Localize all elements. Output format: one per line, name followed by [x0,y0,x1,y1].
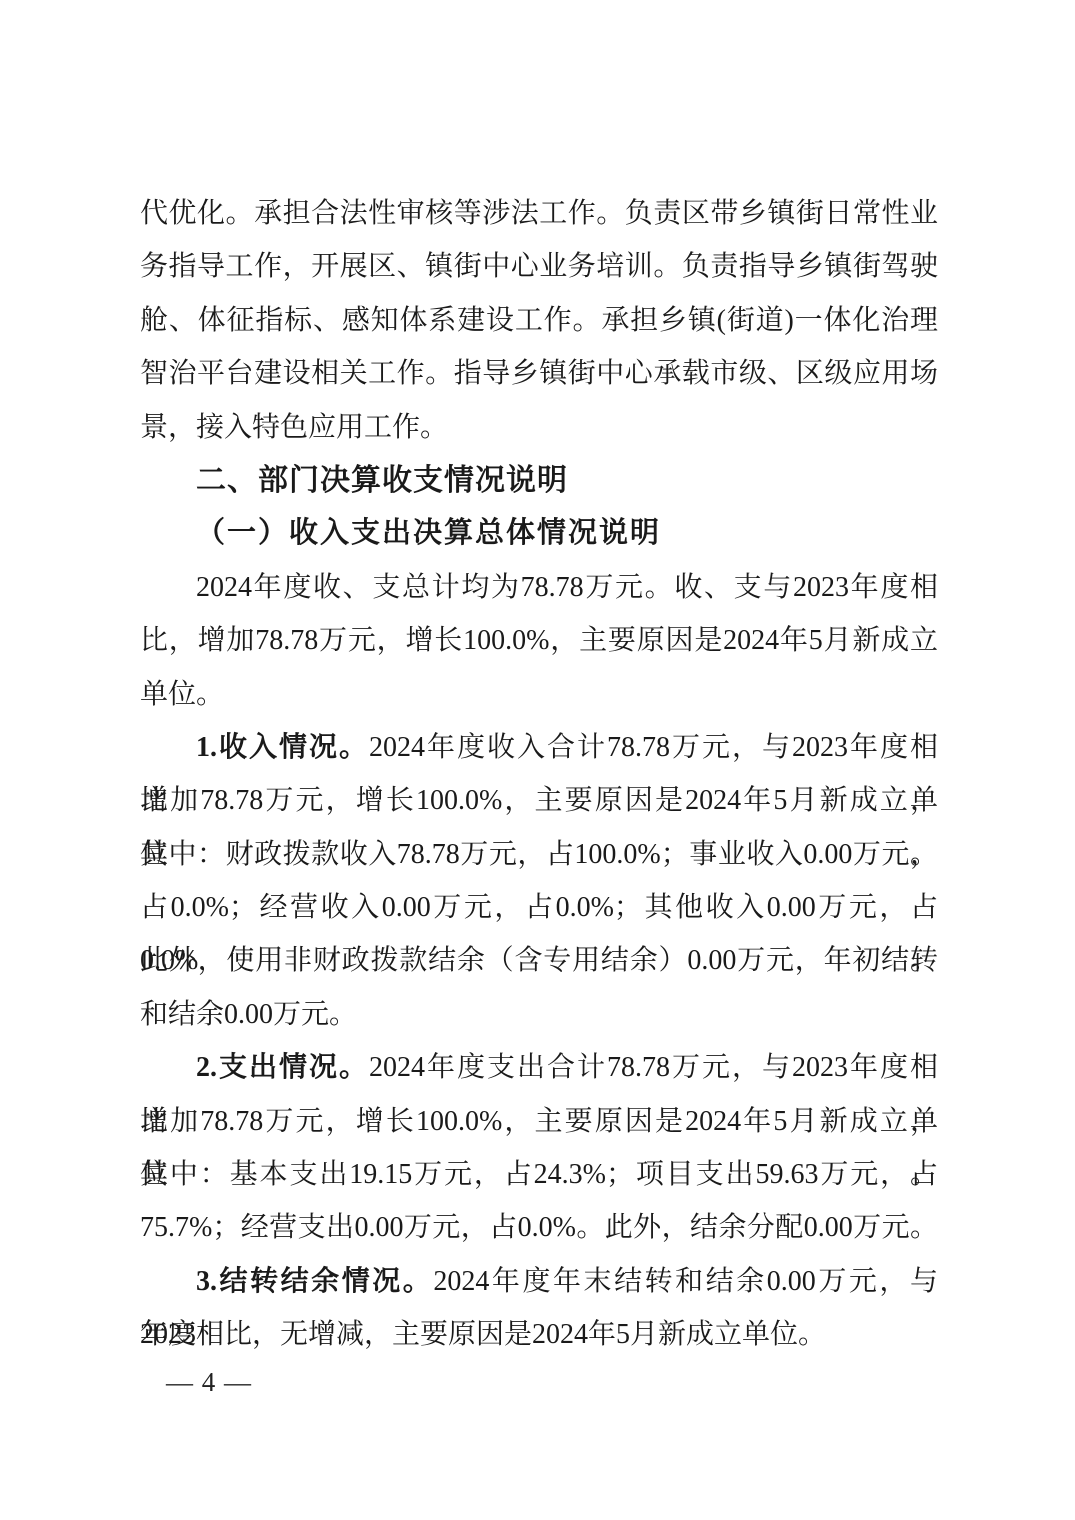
income-paragraph-line: 1.收入情况。2024年度收入合计78.78万元，与2023年度相比， [140,721,938,774]
continuation-paragraph-line: 舱、体征指标、感知体系建设工作。承担乡镇(街道)一体化治理 [140,294,938,347]
body-text: 和结余0.00万元。 [140,999,357,1030]
body-text: 75.7%；经营支出0.00万元，占0.0%。此外，结余分配0.00万元。 [140,1212,938,1243]
document-page: 代优化。承担合法性审核等涉法工作。负责区带乡镇街日常性业务指导工作，开展区、镇街… [0,0,1075,1520]
body-text: 比，增加78.78万元，增长100.0%，主要原因是2024年5月新成立 [140,625,938,656]
body-text: 其中：财政拨款收入78.78万元，占100.0%；事业收入0.00万元， [140,839,938,870]
continuation-paragraph-line: 务指导工作，开展区、镇街中心业务培训。负责指导乡镇街驾驶 [140,240,938,293]
expenditure-paragraph-line: 75.7%；经营支出0.00万元，占0.0%。此外，结余分配0.00万元。 [140,1201,938,1254]
income-paragraph-line: 此外，使用非财政拨款结余（含专用结余）0.00万元，年初结转 [140,934,938,987]
sub-heading-line: （一）收入支出决算总体情况说明 [140,507,938,560]
body-text: 景，接入特色应用工作。 [140,412,448,443]
expenditure-paragraph-line: 2.支出情况。2024年度支出合计78.78万元，与2023年度相比， [140,1041,938,1094]
expenditure-paragraph-line: 增加78.78万元，增长100.0%，主要原因是2024年5月新成立单位。 [140,1095,938,1148]
body-text: 单位。 [140,679,224,710]
bold-lead-text: 3.结转结余情况。 [196,1266,433,1297]
bold-lead-text: 1.收入情况。 [196,732,369,763]
body-text: 年度相比，无增减，主要原因是2024年5月新成立单位。 [140,1319,826,1350]
body-text: 其中：基本支出19.15万元，占24.3%；项目支出59.63万元，占 [140,1159,938,1190]
section-heading-line: 二、部门决算收支情况说明 [140,454,938,507]
overview-paragraph-line: 2024年度收、支总计均为78.78万元。收、支与2023年度相 [140,561,938,614]
body-text: 2024年度收、支总计均为78.78万元。收、支与2023年度相 [196,572,938,603]
expenditure-paragraph-line: 其中：基本支出19.15万元，占24.3%；项目支出59.63万元，占 [140,1148,938,1201]
income-paragraph-line: 和结余0.00万元。 [140,988,938,1041]
income-paragraph-line: 其中：财政拨款收入78.78万元，占100.0%；事业收入0.00万元， [140,828,938,881]
income-paragraph-line: 占0.0%；经营收入0.00万元，占0.0%；其他收入0.00万元，占0.0%。 [140,881,938,934]
bold-lead-text: （一）收入支出决算总体情况说明 [196,517,661,549]
carryover-paragraph-line: 年度相比，无增减，主要原因是2024年5月新成立单位。 [140,1308,938,1361]
body-text: 舱、体征指标、感知体系建设工作。承担乡镇(街道)一体化治理 [140,305,938,336]
continuation-paragraph-line: 智治平台建设相关工作。指导乡镇街中心承载市级、区级应用场 [140,347,938,400]
overview-paragraph-line: 比，增加78.78万元，增长100.0%，主要原因是2024年5月新成立 [140,614,938,667]
page-number: — 4 — [166,1362,252,1402]
body-text: 此外，使用非财政拨款结余（含专用结余）0.00万元，年初结转 [140,945,938,976]
body-text: 代优化。承担合法性审核等涉法工作。负责区带乡镇街日常性业 [140,198,938,229]
income-paragraph-line: 增加78.78万元，增长100.0%，主要原因是2024年5月新成立单位。 [140,774,938,827]
carryover-paragraph-line: 3.结转结余情况。2024年度年末结转和结余0.00万元，与2023 [140,1255,938,1308]
continuation-paragraph-line: 景，接入特色应用工作。 [140,401,938,454]
body-text: 智治平台建设相关工作。指导乡镇街中心承载市级、区级应用场 [140,358,938,389]
document-body: 代优化。承担合法性审核等涉法工作。负责区带乡镇街日常性业务指导工作，开展区、镇街… [140,187,938,1362]
continuation-paragraph-line: 代优化。承担合法性审核等涉法工作。负责区带乡镇街日常性业 [140,187,938,240]
bold-lead-text: 2.支出情况。 [196,1052,369,1083]
bold-lead-text: 二、部门决算收支情况说明 [196,464,568,497]
body-text: 务指导工作，开展区、镇街中心业务培训。负责指导乡镇街驾驶 [140,251,938,282]
overview-paragraph-line: 单位。 [140,668,938,721]
